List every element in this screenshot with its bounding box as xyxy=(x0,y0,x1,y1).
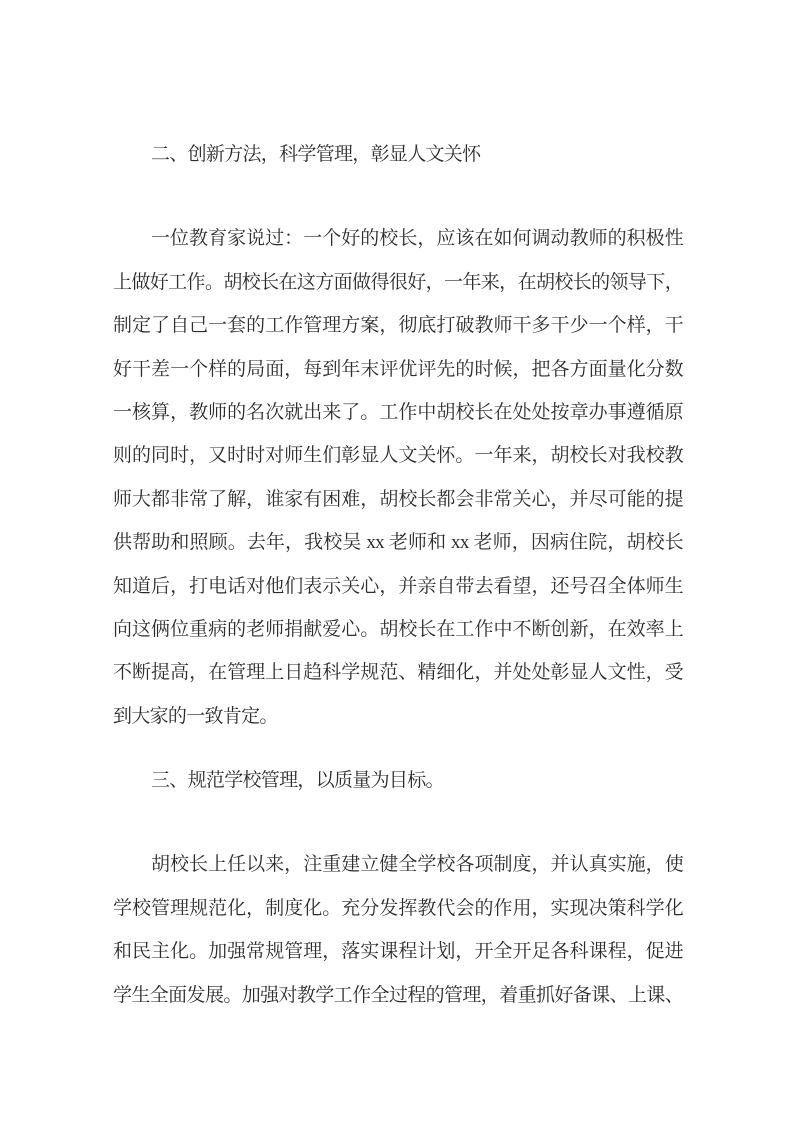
text-line: 和民主化。加强常规管理，落实课程计划，开全开足各科课程，促进 xyxy=(113,930,683,973)
section-heading: 二、创新方法，科学管理，彰显人文关怀 xyxy=(113,133,683,176)
text-line: 向这俩位重病的老师捐献爱心。胡校长在工作中不断创新，在效率上 xyxy=(113,608,683,651)
text-line: 一核算，教师的名次就出来了。工作中胡校长在处处按章办事遵循原 xyxy=(113,391,683,434)
text-line: 胡校长上任以来，注重建立健全学校各项制度，并认真实施，使 xyxy=(113,843,683,886)
paragraph: 一位教育家说过：一个好的校长，应该在如何调动教师的积极性上做好工作。胡校长在这方… xyxy=(113,217,683,738)
text-line: 一位教育家说过：一个好的校长，应该在如何调动教师的积极性 xyxy=(113,217,683,260)
document-content: 二、创新方法，科学管理，彰显人文关怀一位教育家说过：一个好的校长，应该在如何调动… xyxy=(113,133,683,1017)
text-line: 知道后，打电话对他们表示关心，并亲自带去看望，还号召全体师生 xyxy=(113,565,683,608)
section-heading: 三、规范学校管理，以质量为目标。 xyxy=(113,759,683,802)
text-line: 上做好工作。胡校长在这方面做得很好，一年来，在胡校长的领导下， xyxy=(113,261,683,304)
paragraph: 胡校长上任以来，注重建立健全学校各项制度，并认真实施，使学校管理规范化，制度化。… xyxy=(113,843,683,1017)
text-line: 制定了自己一套的工作管理方案，彻底打破教师干多干少一个样，干 xyxy=(113,304,683,347)
text-line: 则的同时，又时时对师生们彰显人文关怀。一年来，胡校长对我校教 xyxy=(113,434,683,477)
text-line: 好干差一个样的局面，每到年末评优评先的时候，把各方面量化分数 xyxy=(113,348,683,391)
text-line: 学校管理规范化，制度化。充分发挥教代会的作用，实现决策科学化 xyxy=(113,887,683,930)
text-line: 不断提高，在管理上日趋科学规范、精细化，并处处彰显人文性，受 xyxy=(113,651,683,694)
text-line: 学生全面发展。加强对教学工作全过程的管理，着重抓好备课、上课、 xyxy=(113,974,683,1017)
text-line: 师大都非常了解，谁家有困难，胡校长都会非常关心，并尽可能的提 xyxy=(113,478,683,521)
document-page: 二、创新方法，科学管理，彰显人文关怀一位教育家说过：一个好的校长，应该在如何调动… xyxy=(0,0,793,1122)
text-line: 供帮助和照顾。去年，我校吴 xx 老师和 xx 老师，因病住院，胡校长 xyxy=(113,521,683,564)
text-line: 到大家的一致肯定。 xyxy=(113,695,683,738)
